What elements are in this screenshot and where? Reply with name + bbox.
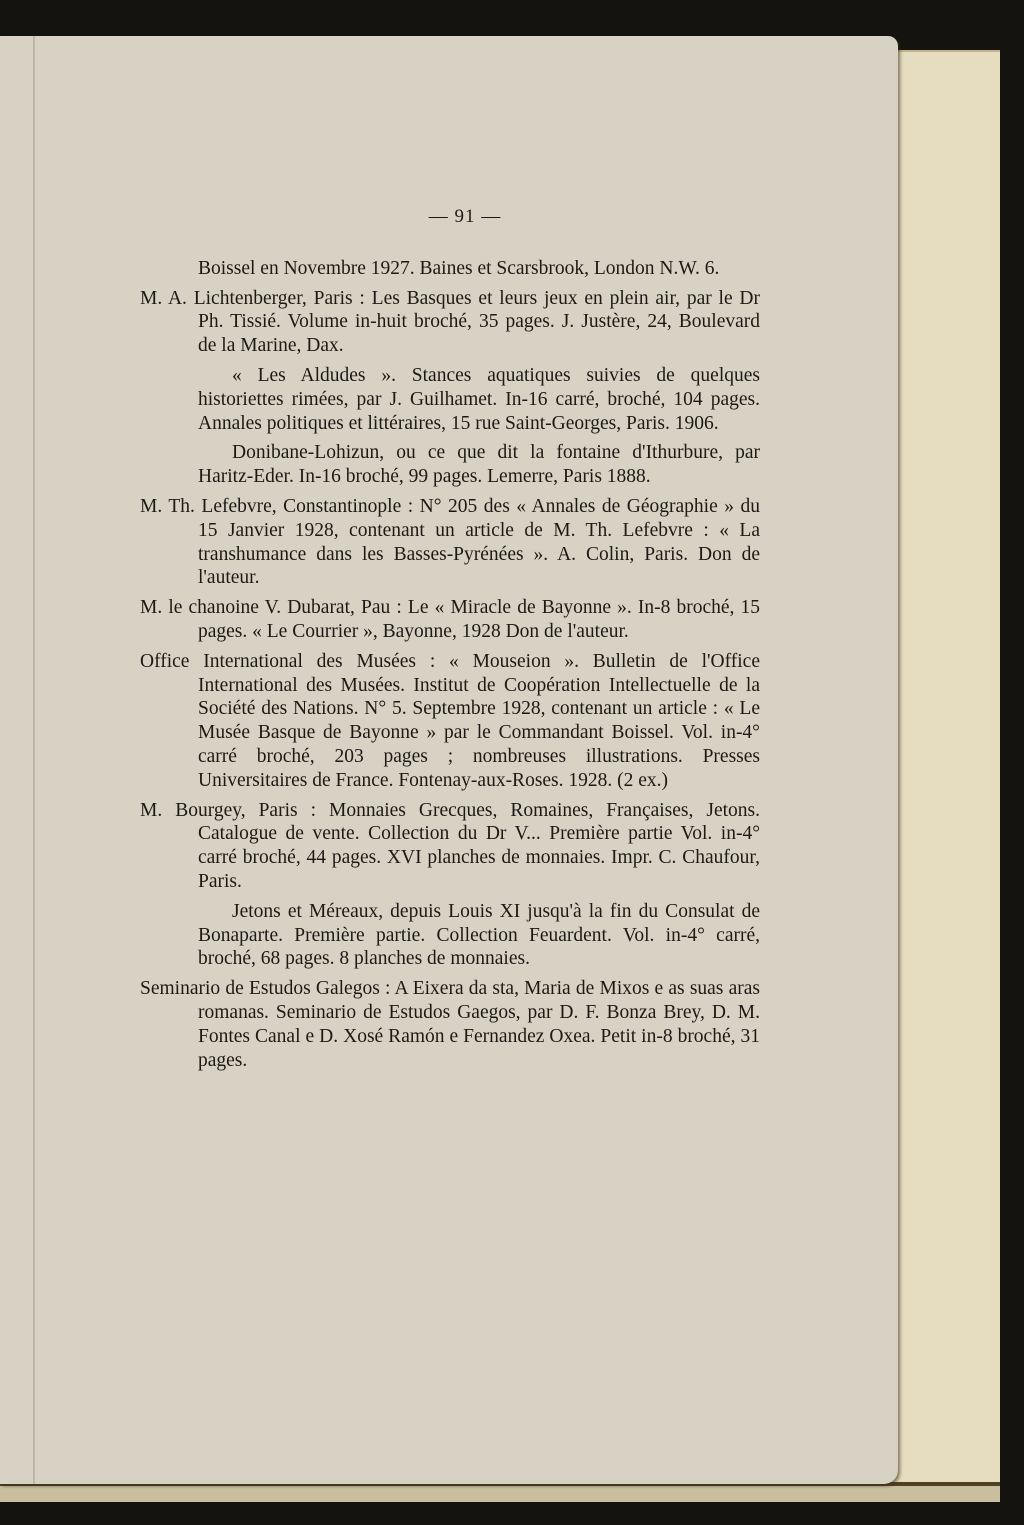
donation-entry: Office International des Musées : « Mous…	[140, 650, 760, 793]
donor: M. Bourgey, Paris :	[140, 800, 316, 821]
continued-entry: Boissel en Novembre 1927. Baines et Scar…	[140, 257, 760, 281]
page-number: — 91 —	[170, 205, 760, 229]
entry-text: M. Bourgey, Paris : Monnaies Grecques, R…	[140, 799, 760, 894]
donor: M. Th. Lefebvre, Constantinople :	[140, 496, 413, 517]
entry-text: M. Th. Lefebvre, Constantinople : N° 205…	[140, 495, 760, 590]
donation-entry: M. le chanoine V. Dubarat, Pau : Le « Mi…	[140, 596, 760, 644]
entry-text: M. le chanoine V. Dubarat, Pau : Le « Mi…	[140, 596, 760, 644]
donation-entry: Seminario de Estudos Galegos : A Eixera …	[140, 977, 760, 1072]
donor: M. le chanoine V. Dubarat, Pau :	[140, 597, 402, 618]
donor: Seminario de Estudos Galegos :	[140, 978, 390, 999]
sub-entry: Jetons et Méreaux, depuis Louis XI jusqu…	[140, 900, 760, 971]
donor: Office International des Musées :	[140, 651, 435, 672]
gutter-fold	[33, 36, 35, 1484]
donation-entry: M. Th. Lefebvre, Constantinople : N° 205…	[140, 495, 760, 590]
entry-text: M. A. Lichtenberger, Paris : Les Basques…	[140, 287, 760, 358]
donation-entry: M. A. Lichtenberger, Paris : Les Basques…	[140, 287, 760, 358]
donor: M. A. Lichtenberger, Paris :	[140, 288, 365, 309]
sub-entry: « Les Aldudes ». Stances aquatiques suiv…	[140, 364, 760, 435]
page-content: — 91 — Boissel en Novembre 1927. Baines …	[140, 205, 760, 1078]
lower-sheet-edge	[0, 1482, 1000, 1502]
sub-entry: Donibane-Lohizun, ou ce que dit la fonta…	[140, 441, 760, 489]
entry-text: Office International des Musées : « Mous…	[140, 650, 760, 793]
donation-entry: M. Bourgey, Paris : Monnaies Grecques, R…	[140, 799, 760, 894]
entry-text: Seminario de Estudos Galegos : A Eixera …	[140, 977, 760, 1072]
